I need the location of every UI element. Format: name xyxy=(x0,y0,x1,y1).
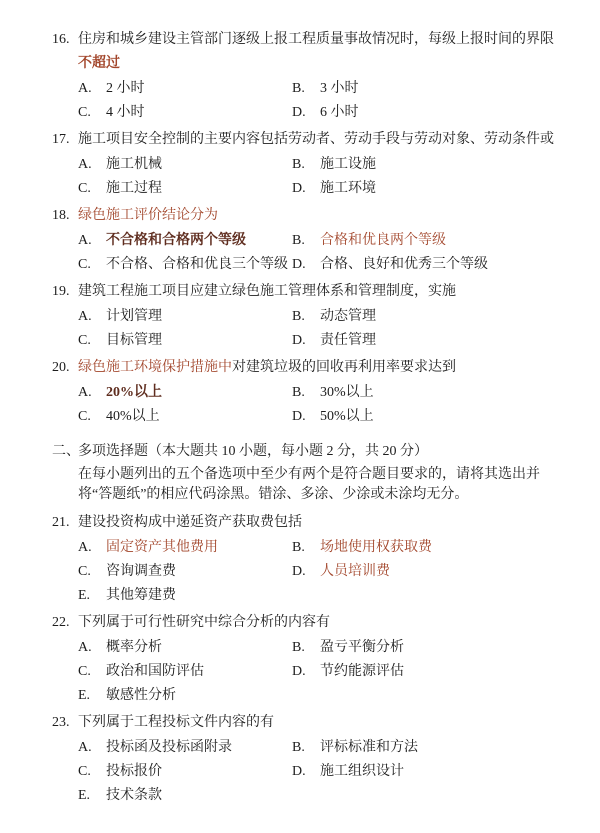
question-16-number: 16. xyxy=(52,30,78,50)
question-18-number: 18. xyxy=(52,206,78,226)
question-20-option-a: A. 20%以上 xyxy=(78,383,292,402)
question-20-number: 20. xyxy=(52,358,78,378)
question-19-option-d: D. 责任管理 xyxy=(292,331,570,350)
question-17-option-a: A. 施工机械 xyxy=(78,155,292,174)
question-22-option-e: E. 敏感性分析 xyxy=(78,686,292,705)
question-23: 23. 下列属于工程投标文件内容的有 A. 投标函及投标函附录 B. 评标标准和… xyxy=(52,713,570,805)
option-text: 20%以上 xyxy=(106,383,162,402)
option-letter: C. xyxy=(78,331,106,350)
option-text: 咨询调查费 xyxy=(106,562,176,581)
question-22-number: 22. xyxy=(52,613,78,633)
option-letter: E. xyxy=(78,586,106,605)
question-19-number: 19. xyxy=(52,282,78,302)
option-text: 评标标准和方法 xyxy=(320,738,418,757)
option-letter: A. xyxy=(78,231,106,250)
option-text: 概率分析 xyxy=(106,638,162,657)
section-2-instructions: 在每小题列出的五个备选项中至少有两个是符合题目要求的，请将其选出并将“答题纸”的… xyxy=(78,465,570,505)
question-21-stem: 建设投资构成中递延资产获取费包括 xyxy=(78,513,570,533)
question-16-option-d: D. 6 小时 xyxy=(292,103,570,122)
option-text: 40%以上 xyxy=(106,407,160,426)
option-text: 目标管理 xyxy=(106,331,162,350)
option-letter: D. xyxy=(292,762,320,781)
question-18-option-b: B. 合格和优良两个等级 xyxy=(292,231,570,250)
question-18-option-a: A. 不合格和合格两个等级 xyxy=(78,231,292,250)
option-letter: B. xyxy=(292,538,320,557)
question-18: 18. 绿色施工评价结论分为 A. 不合格和合格两个等级 B. 合格和优良两个等… xyxy=(52,206,570,274)
question-20-option-c: C. 40%以上 xyxy=(78,407,292,426)
question-17-option-c: C. 施工过程 xyxy=(78,179,292,198)
option-letter: D. xyxy=(292,179,320,198)
option-text: 不合格和合格两个等级 xyxy=(106,231,246,250)
question-16-option-c: C. 4 小时 xyxy=(78,103,292,122)
option-text: 技术条款 xyxy=(106,786,162,805)
question-20-option-b: B. 30%以上 xyxy=(292,383,570,402)
question-16-option-a: A. 2 小时 xyxy=(78,79,292,98)
option-text: 投标函及投标函附录 xyxy=(106,738,232,757)
question-23-option-c: C. 投标报价 xyxy=(78,762,292,781)
option-letter: D. xyxy=(292,331,320,350)
question-22-option-d: D. 节约能源评估 xyxy=(292,662,570,681)
option-text: 其他筹建费 xyxy=(106,586,176,605)
question-21-option-a: A. 固定资产其他费用 xyxy=(78,538,292,557)
option-letter: A. xyxy=(78,307,106,326)
option-letter: A. xyxy=(78,155,106,174)
option-letter: D. xyxy=(292,662,320,681)
question-17-number: 17. xyxy=(52,130,78,150)
question-21-option-e: E. 其他筹建费 xyxy=(78,586,292,605)
question-23-option-d: D. 施工组织设计 xyxy=(292,762,570,781)
option-text: 人员培训费 xyxy=(320,562,390,581)
option-text: 合格和优良两个等级 xyxy=(320,231,446,250)
option-letter: D. xyxy=(292,255,320,274)
question-18-stem: 绿色施工评价结论分为 xyxy=(78,206,570,226)
option-text: 2 小时 xyxy=(106,79,145,98)
option-text: 责任管理 xyxy=(320,331,376,350)
question-17: 17. 施工项目安全控制的主要内容包括劳动者、劳动手段与劳动对象、劳动条件或 A… xyxy=(52,130,570,198)
option-text: 施工组织设计 xyxy=(320,762,404,781)
option-letter: A. xyxy=(78,638,106,657)
question-20-stem-highlight: 绿色施工环境保护措施中 xyxy=(78,360,232,375)
option-text: 6 小时 xyxy=(320,103,359,122)
section-2-header: 二、 多项选择题（本大题共 10 小题，每小题 2 分，共 20 分） 在每小题… xyxy=(52,442,570,505)
option-letter: C. xyxy=(78,662,106,681)
option-letter: C. xyxy=(78,562,106,581)
option-text: 盈亏平衡分析 xyxy=(320,638,404,657)
option-text: 场地使用权获取费 xyxy=(320,538,432,557)
option-text: 动态管理 xyxy=(320,307,376,326)
option-text: 不合格、合格和优良三个等级 xyxy=(106,255,288,274)
exam-page: 16. 住房和城乡建设主管部门逐级上报工程质量事故情况时，每级上报时间的界限 不… xyxy=(0,0,600,805)
option-letter: B. xyxy=(292,738,320,757)
option-text: 固定资产其他费用 xyxy=(106,538,218,557)
option-letter: B. xyxy=(292,155,320,174)
option-text: 施工环境 xyxy=(320,179,376,198)
question-23-option-b: B. 评标标准和方法 xyxy=(292,738,570,757)
question-19: 19. 建筑工程施工项目应建立绿色施工管理体系和管理制度，实施 A. 计划管理 … xyxy=(52,282,570,350)
question-16-stem: 住房和城乡建设主管部门逐级上报工程质量事故情况时，每级上报时间的界限 xyxy=(78,30,570,50)
question-16: 16. 住房和城乡建设主管部门逐级上报工程质量事故情况时，每级上报时间的界限 不… xyxy=(52,30,570,122)
question-19-option-b: B. 动态管理 xyxy=(292,307,570,326)
question-20-stem: 绿色施工环境保护措施中对建筑垃圾的回收再利用率要求达到 xyxy=(78,358,570,378)
option-letter: E. xyxy=(78,686,106,705)
question-17-option-b: B. 施工设施 xyxy=(292,155,570,174)
question-20: 20. 绿色施工环境保护措施中对建筑垃圾的回收再利用率要求达到 A. 20%以上… xyxy=(52,358,570,426)
option-letter: C. xyxy=(78,179,106,198)
option-text: 施工过程 xyxy=(106,179,162,198)
question-21-option-d: D. 人员培训费 xyxy=(292,562,570,581)
option-letter: C. xyxy=(78,762,106,781)
option-text: 合格、良好和优秀三个等级 xyxy=(320,255,488,274)
option-letter: B. xyxy=(292,638,320,657)
question-23-stem: 下列属于工程投标文件内容的有 xyxy=(78,713,570,733)
question-22-option-a: A. 概率分析 xyxy=(78,638,292,657)
question-21: 21. 建设投资构成中递延资产获取费包括 A. 固定资产其他费用 B. 场地使用… xyxy=(52,513,570,605)
question-23-option-a: A. 投标函及投标函附录 xyxy=(78,738,292,757)
option-text: 3 小时 xyxy=(320,79,359,98)
section-2-marker: 二、 xyxy=(52,442,78,505)
option-text: 投标报价 xyxy=(106,762,162,781)
option-text: 施工设施 xyxy=(320,155,376,174)
option-letter: D. xyxy=(292,562,320,581)
option-letter: A. xyxy=(78,383,106,402)
option-text: 节约能源评估 xyxy=(320,662,404,681)
option-letter: C. xyxy=(78,255,106,274)
question-17-option-d: D. 施工环境 xyxy=(292,179,570,198)
question-21-number: 21. xyxy=(52,513,78,533)
option-text: 政治和国防评估 xyxy=(106,662,204,681)
option-text: 施工机械 xyxy=(106,155,162,174)
option-text: 敏感性分析 xyxy=(106,686,176,705)
question-23-number: 23. xyxy=(52,713,78,733)
option-letter: E. xyxy=(78,786,106,805)
question-17-stem: 施工项目安全控制的主要内容包括劳动者、劳动手段与劳动对象、劳动条件或 xyxy=(78,130,570,150)
option-letter: D. xyxy=(292,407,320,426)
option-letter: A. xyxy=(78,538,106,557)
question-20-option-d: D. 50%以上 xyxy=(292,407,570,426)
question-22-option-b: B. 盈亏平衡分析 xyxy=(292,638,570,657)
question-21-option-b: B. 场地使用权获取费 xyxy=(292,538,570,557)
question-19-option-c: C. 目标管理 xyxy=(78,331,292,350)
question-16-option-b: B. 3 小时 xyxy=(292,79,570,98)
option-text: 计划管理 xyxy=(106,307,162,326)
section-2-title: 多项选择题（本大题共 10 小题，每小题 2 分，共 20 分） xyxy=(78,442,570,462)
question-20-stem-rest: 对建筑垃圾的回收再利用率要求达到 xyxy=(232,360,456,375)
question-23-option-e: E. 技术条款 xyxy=(78,786,292,805)
option-text: 30%以上 xyxy=(320,383,374,402)
question-19-stem: 建筑工程施工项目应建立绿色施工管理体系和管理制度，实施 xyxy=(78,282,570,302)
option-letter: A. xyxy=(78,79,106,98)
question-19-option-a: A. 计划管理 xyxy=(78,307,292,326)
option-letter: D. xyxy=(292,103,320,122)
option-text: 50%以上 xyxy=(320,407,374,426)
question-22-option-c: C. 政治和国防评估 xyxy=(78,662,292,681)
option-letter: B. xyxy=(292,231,320,250)
question-18-option-c: C. 不合格、合格和优良三个等级 xyxy=(78,255,292,274)
option-letter: B. xyxy=(292,79,320,98)
question-16-stem-highlight: 不超过 xyxy=(78,54,570,74)
question-22: 22. 下列属于可行性研究中综合分析的内容有 A. 概率分析 B. 盈亏平衡分析… xyxy=(52,613,570,705)
option-letter: C. xyxy=(78,103,106,122)
question-18-option-d: D. 合格、良好和优秀三个等级 xyxy=(292,255,570,274)
option-letter: B. xyxy=(292,307,320,326)
option-letter: C. xyxy=(78,407,106,426)
question-21-option-c: C. 咨询调查费 xyxy=(78,562,292,581)
option-letter: A. xyxy=(78,738,106,757)
option-text: 4 小时 xyxy=(106,103,145,122)
question-22-stem: 下列属于可行性研究中综合分析的内容有 xyxy=(78,613,570,633)
option-letter: B. xyxy=(292,383,320,402)
